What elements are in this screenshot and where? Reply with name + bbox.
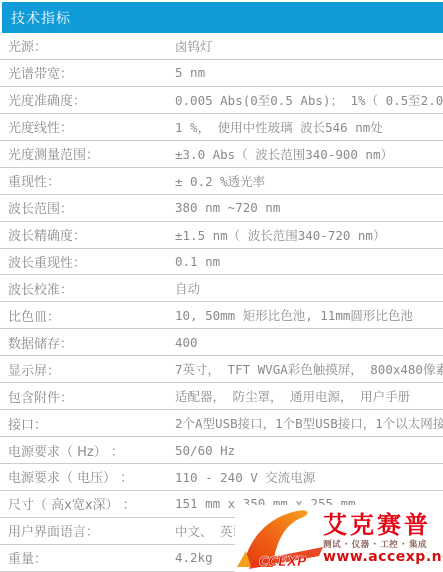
- spec-value: 50/60 Hz: [175, 443, 443, 458]
- spec-value: 适配器， 防尘罩， 通用电源， 用户手册: [175, 387, 443, 405]
- spec-row: 显示屏：7英寸， TFT WVGA彩色触摸屏， 800x480像素: [0, 356, 443, 383]
- spec-label: 数据储存：: [0, 333, 175, 352]
- spec-row: 电源要求（ Hz） ：50/60 Hz: [0, 437, 443, 464]
- spec-label: 接口：: [0, 414, 175, 433]
- spec-value: 2个A型USB接口，1个B型USB接口，1个以太网接口: [175, 414, 443, 432]
- spec-label: 光谱带宽：: [0, 63, 175, 82]
- spec-value: ±3.0 Abs（ 波长范围340-900 nm）: [175, 145, 443, 163]
- spec-value: 7英寸， TFT WVGA彩色触摸屏， 800x480像素: [175, 360, 443, 378]
- spec-label: 显示屏：: [0, 360, 175, 379]
- spec-value: 110 - 240 V 交流电源: [175, 468, 443, 486]
- watermark-text-block: 艾克赛普 测试 · 仪器 · 工控 · 集成 www.accexp.net: [323, 513, 443, 565]
- section-title: 技术指标: [11, 8, 71, 28]
- spec-label: 波长重现性：: [0, 252, 175, 271]
- spec-row: 比色皿：10, 50mm 矩形比色池, 11mm圆形比色池: [0, 302, 443, 329]
- spec-label: 重现性：: [0, 171, 175, 190]
- spec-row: 数据储存：400: [0, 329, 443, 356]
- spec-label: 波长范围：: [0, 198, 175, 217]
- spec-value: 0.005 Abs(0至0.5 Abs)； 1%（ 0.5至2.0 Abs）: [175, 91, 443, 109]
- spec-row: 接口：2个A型USB接口，1个B型USB接口，1个以太网接口: [0, 410, 443, 437]
- brand-name: 艾克赛普: [323, 513, 443, 538]
- spec-value: 5 nm: [175, 65, 443, 80]
- spec-label: 电源要求（ 电压） ：: [0, 467, 175, 486]
- brand-watermark: CCEXP 艾克赛普 测试 · 仪器 · 工控 · 集成 www.accexp.…: [235, 505, 443, 572]
- spec-value: 卤钨灯: [175, 37, 443, 55]
- spec-value: 380 nm ~720 nm: [175, 200, 443, 215]
- spec-label: 光度线性：: [0, 117, 175, 136]
- spec-row: 波长精确度：±1.5 nm（ 波长范围340-720 nm）: [0, 222, 443, 249]
- spec-label: 尺寸（ 高x宽x深） ：: [0, 494, 175, 513]
- spec-label: 光度准确度：: [0, 90, 175, 109]
- spec-label: 光度测量范围：: [0, 144, 175, 163]
- spec-value: 10, 50mm 矩形比色池, 11mm圆形比色池: [175, 306, 443, 324]
- spec-row: 光谱带宽：5 nm: [0, 60, 443, 87]
- spec-row: 波长校准：自动: [0, 275, 443, 302]
- accexp-logo-text: CCEXP: [259, 555, 307, 570]
- spec-row: 光度准确度：0.005 Abs(0至0.5 Abs)； 1%（ 0.5至2.0 …: [0, 87, 443, 114]
- spec-label: 波长校准：: [0, 279, 175, 298]
- spec-row: 光源：卤钨灯: [0, 33, 443, 60]
- spec-label: 用户界面语言：: [0, 521, 175, 540]
- spec-row: 光度线性：1 %， 使用中性玻璃 波长546 nm处: [0, 114, 443, 141]
- spec-value: ± 0.2 %透光率: [175, 172, 443, 190]
- spec-value: ±1.5 nm（ 波长范围340-720 nm）: [175, 226, 443, 244]
- spec-row: 包含附件：适配器， 防尘罩， 通用电源， 用户手册: [0, 383, 443, 410]
- spec-table: 光源：卤钨灯光谱带宽：5 nm光度准确度：0.005 Abs(0至0.5 Abs…: [0, 33, 443, 572]
- accexp-logo-icon: CCEXP: [235, 507, 325, 571]
- spec-value: 0.1 nm: [175, 254, 443, 269]
- spec-row: 光度测量范围：±3.0 Abs（ 波长范围340-900 nm）: [0, 141, 443, 168]
- spec-label: 电源要求（ Hz） ：: [0, 441, 175, 460]
- spec-sheet: 技术指标 光源：卤钨灯光谱带宽：5 nm光度准确度：0.005 Abs(0至0.…: [0, 0, 443, 572]
- brand-url: www.accexp.net: [323, 550, 443, 565]
- spec-value: 1 %， 使用中性玻璃 波长546 nm处: [175, 118, 443, 136]
- spec-row: 波长范围：380 nm ~720 nm: [0, 195, 443, 222]
- spec-label: 比色皿：: [0, 306, 175, 325]
- spec-label: 包含附件：: [0, 387, 175, 406]
- spec-row: 波长重现性：0.1 nm: [0, 249, 443, 276]
- spec-value: 400: [175, 335, 443, 350]
- spec-label: 重量：: [0, 548, 175, 567]
- spec-value: 自动: [175, 279, 443, 297]
- spec-label: 光源：: [0, 36, 175, 55]
- section-header: 技术指标: [2, 2, 443, 33]
- spec-row: 重现性：± 0.2 %透光率: [0, 168, 443, 195]
- spec-label: 波长精确度：: [0, 225, 175, 244]
- spec-row: 电源要求（ 电压） ：110 - 240 V 交流电源: [0, 464, 443, 491]
